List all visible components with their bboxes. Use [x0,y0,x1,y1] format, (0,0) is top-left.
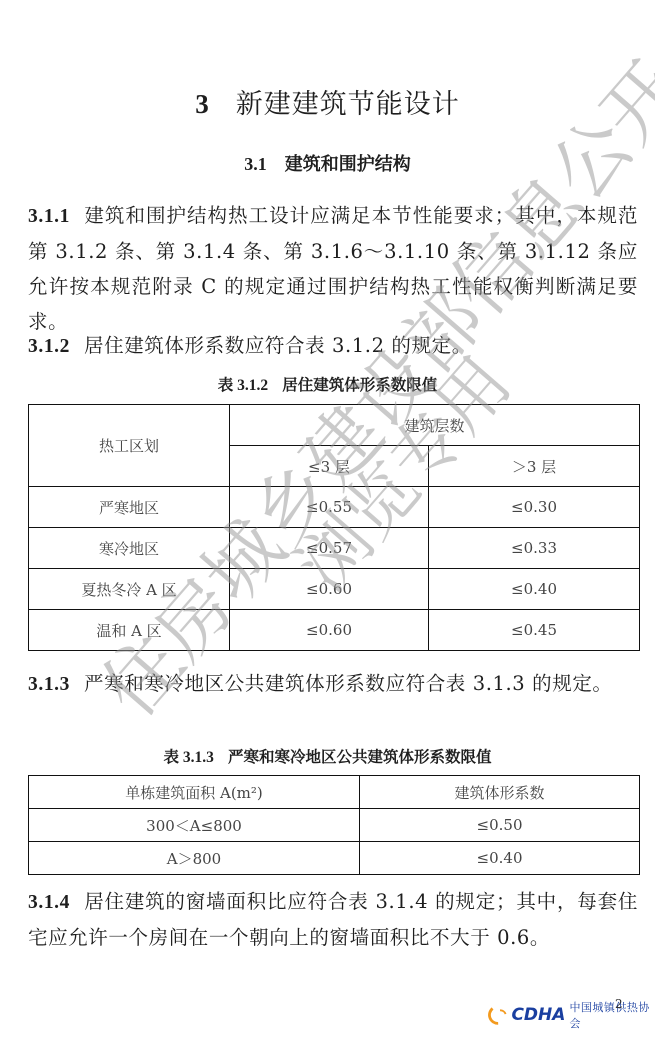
cell-le3: ≤0.55 [230,487,429,528]
association-logo: CDHA 中国城镇供热协会 [487,1000,655,1030]
logo-mark: CDHA [511,1005,565,1025]
header-floors: 建筑层数 [230,405,640,446]
clause-text: 居住建筑的窗墙面积比应符合表 3.1.4 的规定；其中，每套住宅应允许一个房间在… [28,890,638,949]
cell-zone: 温和 A 区 [29,610,230,651]
clause-3-1-4: 3.1.4居住建筑的窗墙面积比应符合表 3.1.4 的规定；其中，每套住宅应允许… [28,884,638,955]
document-page: 3新建建筑节能设计 3.1建筑和围护结构 3.1.1建筑和围护结构热工设计应满足… [0,0,655,1038]
table-row: A＞800 ≤0.40 [29,842,640,875]
table-row: 严寒地区 ≤0.55 ≤0.30 [29,487,640,528]
clause-number: 3.1.1 [28,206,70,227]
cell-le3: ≤0.60 [230,610,429,651]
cell-gt3: ≤0.30 [429,487,640,528]
header-coef: 建筑体形系数 [360,776,640,809]
table-row: 温和 A 区 ≤0.60 ≤0.45 [29,610,640,651]
table-caption-text: 严寒和寒冷地区公共建筑体形系数限值 [228,748,492,766]
table-3-1-3-caption: 表 3.1.3严寒和寒冷地区公共建筑体形系数限值 [0,745,655,767]
cell-gt3: ≤0.45 [429,610,640,651]
table-caption-text: 居住建筑体形系数限值 [282,376,437,394]
table-3-1-2-caption: 表 3.1.2居住建筑体形系数限值 [0,373,655,395]
cell-gt3: ≤0.33 [429,528,640,569]
cell-zone: 寒冷地区 [29,528,230,569]
cell-zone: 夏热冬冷 A 区 [29,569,230,610]
clause-text: 严寒和寒冷地区公共建筑体形系数应符合表 3.1.3 的规定。 [84,672,613,695]
cell-zone: 严寒地区 [29,487,230,528]
clause-3-1-1: 3.1.1建筑和围护结构热工设计应满足本节性能要求；其中，本规范第 3.1.2 … [28,198,638,339]
cell-area: A＞800 [29,842,360,875]
cell-le3: ≤0.57 [230,528,429,569]
clause-number: 3.1.4 [28,892,70,913]
header-zone: 热工区划 [29,405,230,487]
table-3-1-3: 单栋建筑面积 A(m²) 建筑体形系数 300＜A≤800 ≤0.50 A＞80… [28,775,640,875]
chapter-title-text: 新建建筑节能设计 [236,89,460,120]
clause-text: 居住建筑体形系数应符合表 3.1.2 的规定。 [84,334,472,357]
header-le3: ≤3 层 [230,446,429,487]
table-row: 夏热冬冷 A 区 ≤0.60 ≤0.40 [29,569,640,610]
clause-number: 3.1.2 [28,336,70,357]
table-row: 寒冷地区 ≤0.57 ≤0.33 [29,528,640,569]
clause-text: 建筑和围护结构热工设计应满足本节性能要求；其中，本规范第 3.1.2 条、第 3… [28,204,638,333]
header-gt3: ＞3 层 [429,446,640,487]
section-title: 3.1建筑和围护结构 [0,150,655,176]
table-caption-number: 表 3.1.2 [218,377,268,394]
clause-number: 3.1.3 [28,674,70,695]
chapter-title: 3新建建筑节能设计 [0,82,655,121]
section-title-text: 建筑和围护结构 [285,154,411,175]
table-3-1-2: 热工区划 建筑层数 ≤3 层 ＞3 层 严寒地区 ≤0.55 ≤0.30 寒冷地… [28,404,640,651]
header-area: 单栋建筑面积 A(m²) [29,776,360,809]
chapter-number: 3 [195,89,210,119]
cell-coef: ≤0.40 [360,842,640,875]
table-caption-number: 表 3.1.3 [164,749,214,766]
clause-3-1-3: 3.1.3严寒和寒冷地区公共建筑体形系数应符合表 3.1.3 的规定。 [28,666,638,702]
logo-arc-icon [487,1004,507,1026]
cell-area: 300＜A≤800 [29,809,360,842]
cell-gt3: ≤0.40 [429,569,640,610]
cell-le3: ≤0.60 [230,569,429,610]
logo-text: 中国城镇供热协会 [569,999,655,1031]
clause-3-1-2: 3.1.2居住建筑体形系数应符合表 3.1.2 的规定。 [28,328,638,364]
section-number: 3.1 [244,154,267,174]
page-number: 2 [615,997,623,1011]
cell-coef: ≤0.50 [360,809,640,842]
table-row: 300＜A≤800 ≤0.50 [29,809,640,842]
